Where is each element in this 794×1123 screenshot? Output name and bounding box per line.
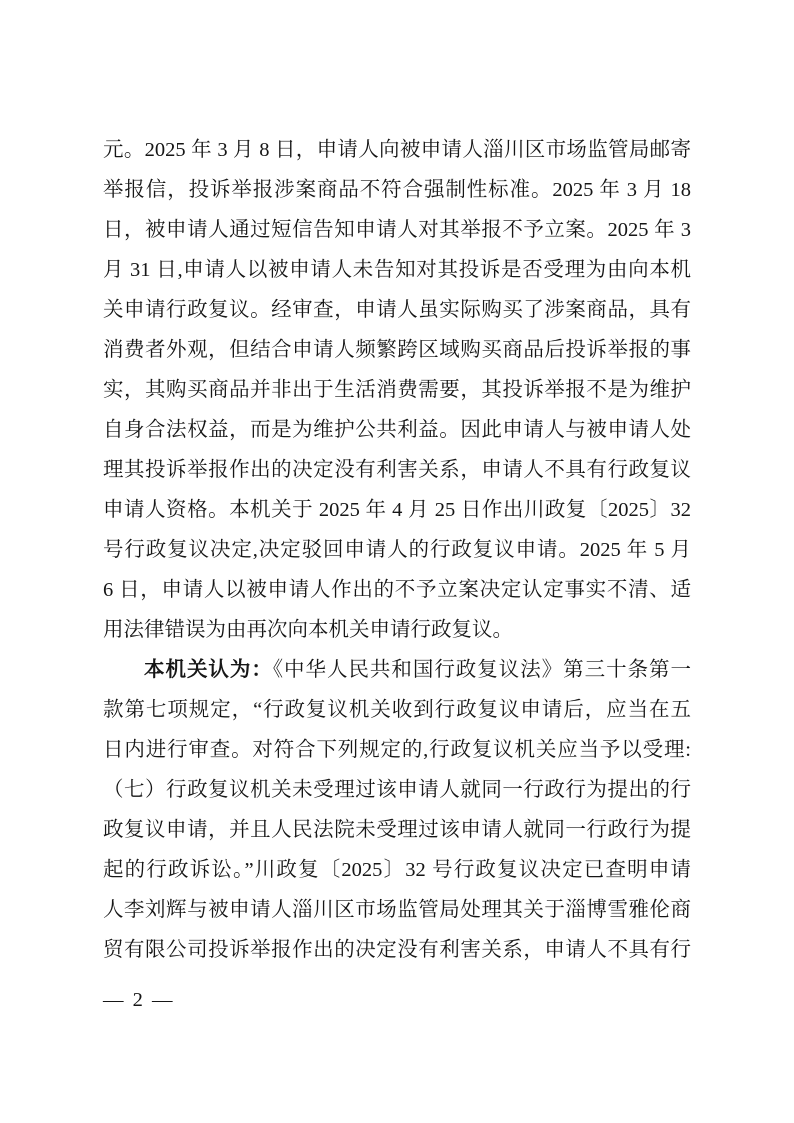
document-page: 元。2025 年 3 月 8 日，申请人向被申请人淄川区市场监管局邮寄 举报信，… [0,0,794,1123]
paragraph-2-first-line: 本机关认为：《中华人民共和国行政复议法》第三十条第一 [103,650,691,690]
paragraph-2-line: 人李刘辉与被申请人淄川区市场监管局处理其关于淄博雪雅伦商 [103,890,691,930]
paragraph-2-line: 政复议申请，并且人民法院未受理过该申请人就同一行政行为提 [103,810,691,850]
paragraph-1-line: 理其投诉举报作出的决定没有利害关系，申请人不具有行政复议 [103,450,691,490]
paragraph-1-line: 号行政复议决定,决定驳回申请人的行政复议申请。2025 年 5 月 [103,530,691,570]
body-text: 元。2025 年 3 月 8 日，申请人向被申请人淄川区市场监管局邮寄 举报信，… [103,130,691,970]
paragraph-2-lead: 本机关认为： [144,659,273,681]
paragraph-1-line: 举报信，投诉举报涉案商品不符合强制性标准。2025 年 3 月 18 [103,170,691,210]
paragraph-1-last-line: 用法律错误为由再次向本机关申请行政复议。 [103,610,691,650]
paragraph-1-line: 6 日，申请人以被申请人作出的不予立案决定认定事实不清、适 [103,570,691,610]
paragraph-2-line: （七）行政复议机关未受理过该申请人就同一行政行为提出的行 [103,770,691,810]
paragraph-2-line: 款第七项规定，“行政复议机关收到行政复议申请后，应当在五 [103,690,691,730]
paragraph-2-line: 日内进行审查。对符合下列规定的,行政复议机关应当予以受理: [103,730,691,770]
paragraph-2-line: 起的行政诉讼。”川政复〔2025〕32 号行政复议决定已查明申请 [103,850,691,890]
paragraph-1-line: 实，其购买商品并非出于生活消费需要，其投诉举报不是为维护 [103,370,691,410]
paragraph-1-line: 申请人资格。本机关于 2025 年 4 月 25 日作出川政复〔2025〕32 [103,490,691,530]
paragraph-2-line: 贸有限公司投诉举报作出的决定没有利害关系，申请人不具有行 [103,930,691,970]
page-number: — 2 — [103,985,175,1015]
paragraph-1-line: 月 31 日,申请人以被申请人未告知对其投诉是否受理为由向本机 [103,250,691,290]
paragraph-2-first-line-rest: 《中华人民共和国行政复议法》第三十条第一 [273,659,691,681]
paragraph-1-line: 消费者外观，但结合申请人频繁跨区域购买商品后投诉举报的事 [103,330,691,370]
paragraph-1-line: 元。2025 年 3 月 8 日，申请人向被申请人淄川区市场监管局邮寄 [103,130,691,170]
paragraph-1-line: 自身合法权益，而是为维护公共利益。因此申请人与被申请人处 [103,410,691,450]
paragraph-1-line: 关申请行政复议。经审查，申请人虽实际购买了涉案商品，具有 [103,290,691,330]
paragraph-1-line: 日，被申请人通过短信告知申请人对其举报不予立案。2025 年 3 [103,210,691,250]
